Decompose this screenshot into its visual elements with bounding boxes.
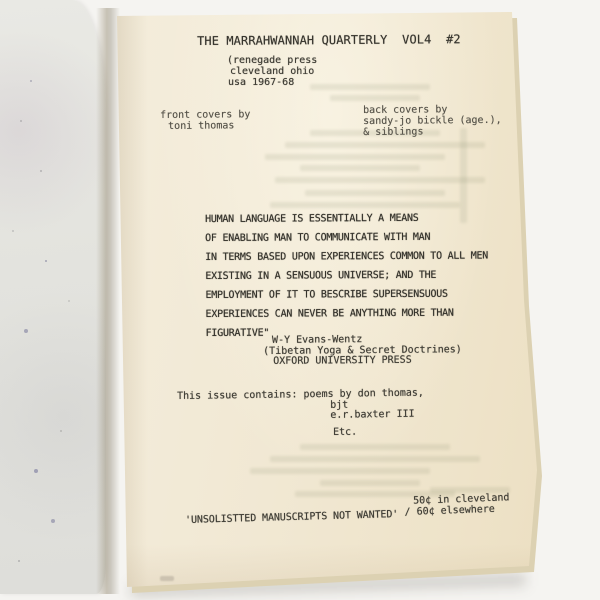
back-covers-credit: back covers bysandy-jo bickle (age.),& s… — [363, 104, 502, 138]
price-block: 50¢ in cleveland/ 60¢ elsewhere — [404, 492, 510, 518]
pencil-mark — [160, 576, 174, 581]
ghost-text — [300, 444, 450, 450]
quote-line: OF ENABLING MAN TO COMMUNICATE WITH MAN — [205, 228, 488, 248]
credit-line: & siblings — [363, 126, 502, 138]
price-line: / 60¢ elsewhere — [404, 503, 510, 518]
credit-line: sandy-jo bickle (age.), — [363, 115, 502, 127]
ghost-text — [300, 165, 420, 171]
spine-shadow — [96, 8, 120, 594]
attribution-line: OXFORD UNIVERSITY PRESS — [273, 355, 462, 367]
epigraph-quote: HUMAN LANGUAGE IS ESSENTIALLY A MEANSOF … — [205, 209, 488, 343]
title-page: THE MARRAHWANNAH QUARTERLY VOL4 #2 (rene… — [108, 6, 552, 598]
photo-backdrop: THE MARRAHWANNAH QUARTERLY VOL4 #2 (rene… — [0, 0, 600, 600]
manuscripts-notice: 'UNSOLISTTED MANUSCRIPTS NOT WANTED' — [185, 509, 398, 526]
imprint-line: cleveland ohio — [230, 66, 317, 77]
quote-line: EXPERIENCES CAN NEVER BE ANYTHING MORE T… — [205, 304, 488, 324]
ghost-text — [285, 142, 485, 148]
quote-line: IN TERMS BASED UPON EXPERIENCES COMMON T… — [205, 247, 488, 267]
facing-page — [0, 0, 106, 594]
ghost-text — [250, 468, 430, 474]
ghost-text — [270, 202, 460, 208]
ghost-text — [270, 456, 480, 462]
quote-line: EXISTING IN A SENSUOUS UNIVERSE; AND THE — [205, 266, 488, 286]
quote-line: EMPLOYMENT OF IT TO BESCRIBE SUPERSENSUO… — [205, 285, 488, 305]
contributor-name: e.r.baxter III — [330, 410, 424, 422]
front-covers-credit: front covers bytoni thomas — [160, 109, 251, 132]
quote-line: HUMAN LANGUAGE IS ESSENTIALLY A MEANS — [205, 209, 488, 229]
ghost-text — [330, 95, 420, 101]
paper-speckles — [30, 80, 32, 82]
ghost-text — [310, 84, 430, 90]
imprint-block: (renegade presscleveland ohiousa 1967-68 — [227, 55, 317, 88]
etc-label: Etc. — [333, 427, 357, 438]
imprint-line: (renegade press — [227, 55, 317, 66]
ghost-text — [265, 154, 445, 160]
credit-line: front covers by — [160, 109, 250, 121]
imprint-line: usa 1967-68 — [228, 77, 317, 88]
ghost-text — [275, 177, 485, 183]
credit-line: toni thomas — [168, 120, 250, 132]
ghost-text — [305, 190, 445, 196]
ghost-text — [320, 480, 420, 486]
quote-attribution: W-Y Evans-Wentz(Tibetan Yoga & Secret Do… — [263, 334, 462, 367]
contents-block: This issue contains: poems by don thomas… — [177, 389, 424, 424]
page-title: THE MARRAHWANNAH QUARTERLY VOL4 #2 — [197, 34, 461, 47]
